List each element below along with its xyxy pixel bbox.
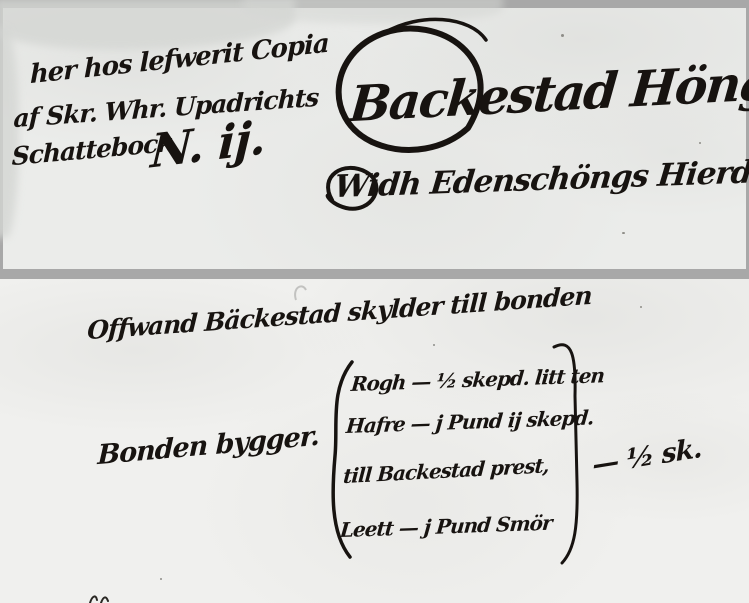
ink-speck bbox=[640, 306, 642, 308]
ink-speck bbox=[622, 232, 625, 234]
manuscript-scan: her hos lefwerit Copia af Skr. Whr. Upad… bbox=[0, 0, 749, 603]
section-divider bbox=[0, 269, 749, 279]
paper-torn-edge bbox=[0, 28, 19, 238]
ink-speck bbox=[699, 142, 701, 144]
ink-speck bbox=[561, 34, 564, 37]
ink-speck bbox=[433, 344, 435, 346]
ink-speck bbox=[160, 578, 162, 580]
document-number: N. ij. bbox=[150, 114, 267, 175]
